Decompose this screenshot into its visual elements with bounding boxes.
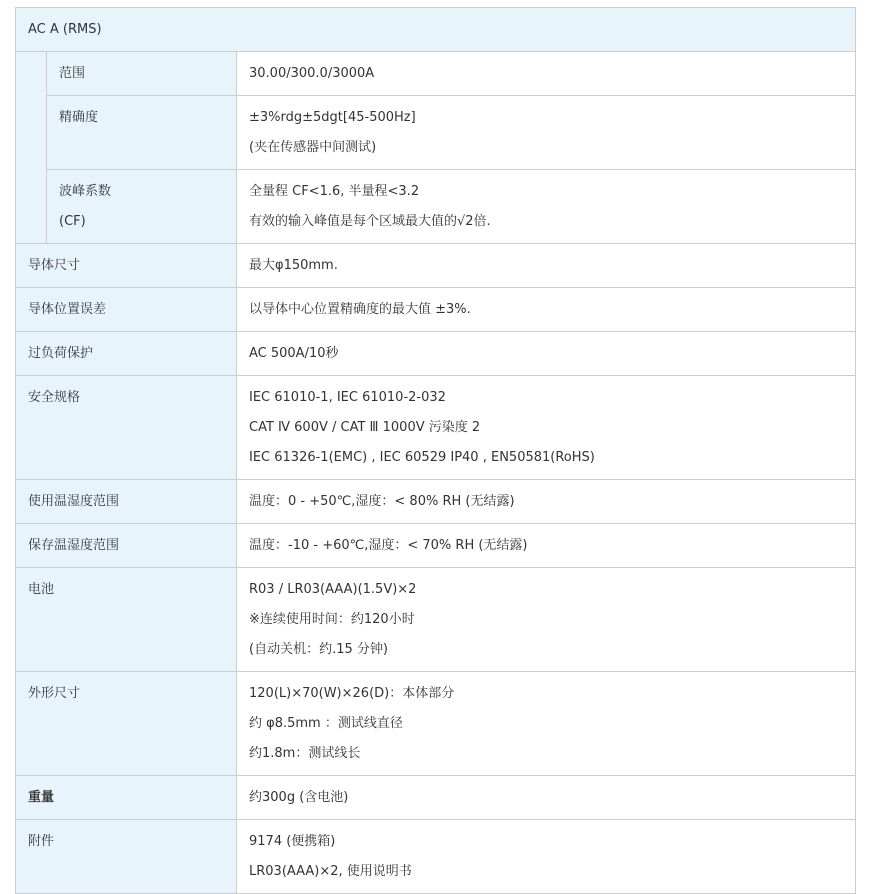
spec-label: 使用温湿度范围 — [16, 480, 237, 524]
spec-label: 过负荷保护 — [16, 332, 237, 376]
spec-value: 温度：-10 - +60℃,湿度：< 70% RH (无结露) — [237, 524, 856, 568]
spec-row: 导体位置误差以导体中心位置精确度的最大值 ±3%. — [16, 288, 856, 332]
spec-label: 外形尺寸 — [16, 672, 237, 776]
spec-label: 附件 — [16, 820, 237, 894]
text-line: 约 φ8.5mm ：测试线直径 — [249, 709, 843, 739]
sub-spec-row: 范围30.00/300.0/3000A — [16, 52, 856, 96]
text-line: 以导体中心位置精确度的最大值 ±3%. — [249, 295, 843, 325]
spec-value: 约300g (含电池) — [237, 776, 856, 820]
spec-value: 120(L)×70(W)×26(D)：本体部分约 φ8.5mm ：测试线直径约1… — [237, 672, 856, 776]
spec-label: 保存温湿度范围 — [16, 524, 237, 568]
spec-label: 波峰系数(CF) — [47, 170, 237, 244]
text-line: (自动关机：约.15 分钟) — [249, 635, 843, 665]
spec-table: AC A (RMS) 范围30.00/300.0/3000A精确度±3%rdg±… — [15, 7, 856, 894]
spec-value: ±3%rdg±5dgt[45-500Hz](夹在传感器中间测试) — [237, 96, 856, 170]
text-line: ±3%rdg±5dgt[45-500Hz] — [249, 103, 843, 133]
text-line: AC 500A/10秒 — [249, 339, 843, 369]
text-line: 范围 — [59, 59, 224, 89]
spec-value: 温度：0 - +50℃,湿度：< 80% RH (无结露) — [237, 480, 856, 524]
spec-value: 9174 (便携箱)LR03(AAA)×2, 使用说明书 — [237, 820, 856, 894]
sub-spec-row: 精确度±3%rdg±5dgt[45-500Hz](夹在传感器中间测试) — [16, 96, 856, 170]
spec-row: 过负荷保护AC 500A/10秒 — [16, 332, 856, 376]
text-line: 约1.8m：测试线长 — [249, 739, 843, 769]
text-line: LR03(AAA)×2, 使用说明书 — [249, 857, 843, 887]
text-line: IEC 61326-1(EMC) , IEC 60529 IP40 , EN50… — [249, 443, 843, 473]
spec-label: 导体位置误差 — [16, 288, 237, 332]
spec-value: 全量程 CF<1.6, 半量程<3.2有效的输入峰值是每个区域最大值的√2倍. — [237, 170, 856, 244]
text-line: 最大φ150mm. — [249, 251, 843, 281]
spec-row: 附件9174 (便携箱)LR03(AAA)×2, 使用说明书 — [16, 820, 856, 894]
spec-value: R03 / LR03(AAA)(1.5V)×2※连续使用时间：约120小时(自动… — [237, 568, 856, 672]
spec-label: 范围 — [47, 52, 237, 96]
text-line: (CF) — [59, 207, 224, 237]
section-header-row: AC A (RMS) — [16, 8, 856, 52]
spec-row: 重量约300g (含电池) — [16, 776, 856, 820]
spec-value: 30.00/300.0/3000A — [237, 52, 856, 96]
text-line: ※连续使用时间：约120小时 — [249, 605, 843, 635]
text-line: 30.00/300.0/3000A — [249, 59, 843, 89]
spec-label: 重量 — [16, 776, 237, 820]
spec-label: 电池 — [16, 568, 237, 672]
text-line: 约300g (含电池) — [249, 783, 843, 813]
spec-table-body: AC A (RMS) 范围30.00/300.0/3000A精确度±3%rdg±… — [16, 8, 856, 894]
text-line: R03 / LR03(AAA)(1.5V)×2 — [249, 575, 843, 605]
text-line: 120(L)×70(W)×26(D)：本体部分 — [249, 679, 843, 709]
spec-label: 安全规格 — [16, 376, 237, 480]
indent-cell — [16, 52, 47, 244]
spec-row: 安全规格IEC 61010-1, IEC 61010-2-032CAT Ⅳ 60… — [16, 376, 856, 480]
text-line: 温度：-10 - +60℃,湿度：< 70% RH (无结露) — [249, 531, 843, 561]
section-header: AC A (RMS) — [16, 8, 856, 52]
spec-row: 电池R03 / LR03(AAA)(1.5V)×2※连续使用时间：约120小时(… — [16, 568, 856, 672]
spec-row: 导体尺寸最大φ150mm. — [16, 244, 856, 288]
spec-value: IEC 61010-1, IEC 61010-2-032CAT Ⅳ 600V /… — [237, 376, 856, 480]
spec-row: 外形尺寸120(L)×70(W)×26(D)：本体部分约 φ8.5mm ：测试线… — [16, 672, 856, 776]
spec-row: 使用温湿度范围温度：0 - +50℃,湿度：< 80% RH (无结露) — [16, 480, 856, 524]
spec-value: AC 500A/10秒 — [237, 332, 856, 376]
spec-label: 精确度 — [47, 96, 237, 170]
text-line: 有效的输入峰值是每个区域最大值的√2倍. — [249, 207, 843, 237]
text-line: CAT Ⅳ 600V / CAT Ⅲ 1000V 污染度 2 — [249, 413, 843, 443]
text-line: 精确度 — [59, 103, 224, 133]
text-line: 9174 (便携箱) — [249, 827, 843, 857]
spec-label: 导体尺寸 — [16, 244, 237, 288]
spec-value: 以导体中心位置精确度的最大值 ±3%. — [237, 288, 856, 332]
sub-spec-row: 波峰系数(CF)全量程 CF<1.6, 半量程<3.2有效的输入峰值是每个区域最… — [16, 170, 856, 244]
text-line: 波峰系数 — [59, 177, 224, 207]
spec-row: 保存温湿度范围温度：-10 - +60℃,湿度：< 70% RH (无结露) — [16, 524, 856, 568]
text-line: 全量程 CF<1.6, 半量程<3.2 — [249, 177, 843, 207]
text-line: 温度：0 - +50℃,湿度：< 80% RH (无结露) — [249, 487, 843, 517]
spec-value: 最大φ150mm. — [237, 244, 856, 288]
text-line: (夹在传感器中间测试) — [249, 133, 843, 163]
text-line: IEC 61010-1, IEC 61010-2-032 — [249, 383, 843, 413]
